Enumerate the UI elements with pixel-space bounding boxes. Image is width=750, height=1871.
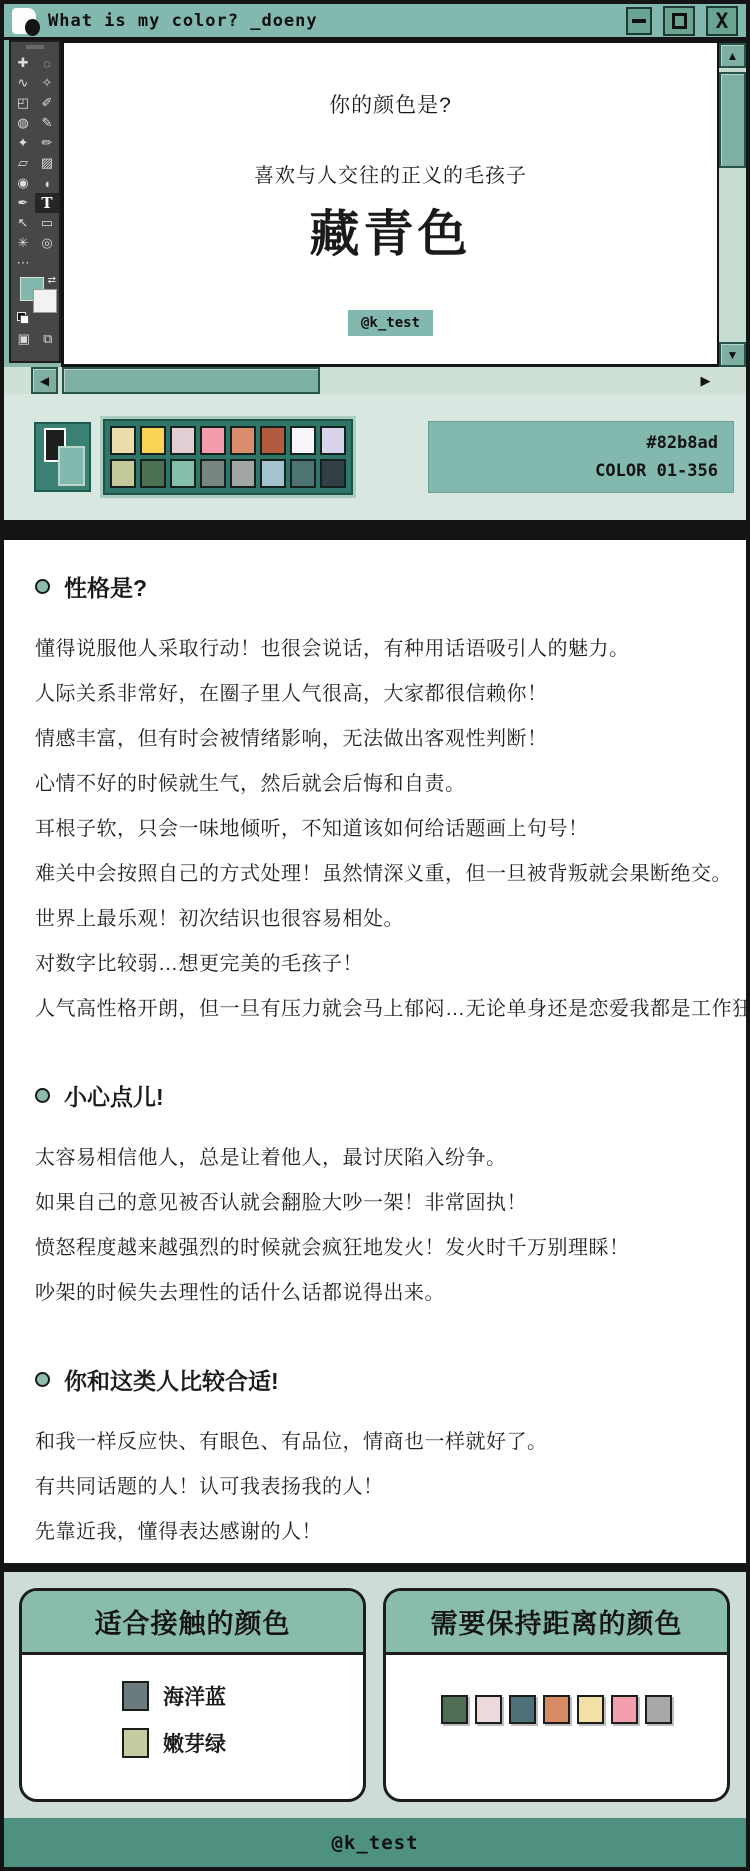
- horizontal-scroll-thumb[interactable]: [62, 367, 320, 394]
- palette-swatch-9[interactable]: [110, 459, 136, 488]
- horizontal-scroll-track[interactable]: [320, 367, 692, 394]
- selection-brush-tool-icon[interactable]: ✧: [35, 73, 59, 93]
- shape-tool-icon[interactable]: ▭: [35, 213, 59, 233]
- workspace: ✚◌∿✧◰✐◍✎✦✏▱▨◉◖✒T↖▭✳◎⋯ ⇄ ▣ ⧉ 你的颜色是? 喜欢与人交…: [4, 40, 746, 367]
- footer-handle: @k_test: [331, 1832, 418, 1854]
- palette-swatch-15[interactable]: [290, 459, 316, 488]
- section-bullet-icon: [35, 1088, 50, 1103]
- palette-swatch-10[interactable]: [140, 459, 166, 488]
- section-line: 情感丰富，但有时会被情绪影响，无法做出客观性判断！: [35, 717, 716, 762]
- brush-tool-icon[interactable]: ✎: [35, 113, 59, 133]
- section-title: 性格是?: [64, 570, 147, 603]
- app-logo-icon: [12, 8, 36, 34]
- smudge-tool-icon[interactable]: ◉: [11, 173, 35, 193]
- maximize-button[interactable]: [663, 6, 695, 36]
- pen-tool-icon[interactable]: ✒: [11, 193, 35, 213]
- canvas-question: 你的颜色是?: [329, 89, 452, 119]
- vertical-scroll-track[interactable]: [719, 168, 746, 342]
- avoid-color-swatch-5: [577, 1695, 604, 1724]
- section-2-header: 小心点儿!: [35, 1079, 716, 1112]
- color-code-label: COLOR 01-356: [595, 461, 718, 481]
- good-colors-list: 海洋蓝嫩芽绿: [22, 1655, 363, 1799]
- palette-swatch-5[interactable]: [230, 426, 256, 455]
- document-canvas: 你的颜色是? 喜欢与人交往的正义的毛孩子 藏青色 @k_test: [61, 40, 719, 367]
- avoid-color-swatch-6: [611, 1695, 638, 1724]
- good-colors-title: 适合接触的颜色: [22, 1591, 363, 1655]
- section-title: 小心点儿!: [64, 1079, 164, 1112]
- eraser-tool-icon[interactable]: ▱: [11, 153, 35, 173]
- section-line: 先靠近我，懂得表达感谢的人！: [35, 1510, 716, 1555]
- section-line: 人际关系非常好，在圈子里人气很高，大家都很信赖你！: [35, 672, 716, 717]
- section-line: 心情不好的时候就生气，然后就会后悔和自责。: [35, 762, 716, 807]
- vertical-scroll-thumb[interactable]: [719, 72, 746, 168]
- palette-swatch-8[interactable]: [320, 426, 346, 455]
- move-tool-icon[interactable]: ✚: [11, 53, 35, 73]
- palette-swatch-2[interactable]: [140, 426, 166, 455]
- type-tool-icon[interactable]: T: [35, 193, 59, 213]
- palette-swatch-13[interactable]: [230, 459, 256, 488]
- avoid-color-swatch-3: [509, 1695, 536, 1724]
- good-colors-card: 适合接触的颜色 海洋蓝嫩芽绿: [19, 1588, 366, 1802]
- section-line: 耳根子软，只会一味地倾听，不知道该如何给话题画上句号！: [35, 807, 716, 852]
- palette-swatch-7[interactable]: [290, 426, 316, 455]
- swatch-palette: [103, 419, 353, 495]
- gradient-tool-icon[interactable]: ▨: [35, 153, 59, 173]
- avoid-color-swatch-4: [543, 1695, 570, 1724]
- color-panel: #82b8ad COLOR 01-356: [4, 394, 746, 520]
- background-color-swatch[interactable]: [33, 289, 57, 313]
- section-line: 难关中会按照自己的方式处理！虽然情深义重，但一旦被背叛就会果断绝交。: [35, 852, 716, 897]
- section-2: 小心点儿!太容易相信他人，总是让着他人，最讨厌陷入纷争。如果自己的意见被否认就会…: [35, 1079, 716, 1316]
- section-line: 吵架的时候失去理性的话什么话都说得出来。: [35, 1271, 716, 1316]
- footer-bar: @k_test: [4, 1818, 746, 1867]
- scroll-left-button[interactable]: ◀: [31, 367, 58, 394]
- hand-tool-icon[interactable]: ✳: [11, 233, 35, 253]
- section-bullet-icon: [35, 1372, 50, 1387]
- palette-swatch-12[interactable]: [200, 459, 226, 488]
- section-line: 懂得说服他人采取行动！也很会说话，有种用话语吸引人的魅力。: [35, 627, 716, 672]
- zoom-tool-icon[interactable]: ◎: [35, 233, 59, 253]
- avoid-color-swatch-1: [441, 1695, 468, 1724]
- palette-swatch-1[interactable]: [110, 426, 136, 455]
- section-line: 如果自己的意见被否认就会翻脸大吵一架！非常固执！: [35, 1181, 716, 1226]
- description-panel: 性格是?懂得说服他人采取行动！也很会说话，有种用话语吸引人的魅力。人际关系非常好…: [4, 540, 746, 1563]
- good-color-label: 嫩芽绿: [163, 1728, 226, 1758]
- canvas-handle-badge: @k_test: [348, 310, 433, 336]
- toolbar-color-widget: ⇄: [11, 277, 59, 321]
- section-bullet-icon: [35, 579, 50, 594]
- section-3: 你和这类人比较合适!和我一样反应快、有眼色、有品位，情商也一样就好了。有共同话题…: [35, 1363, 716, 1555]
- window-title: What is my color? _doeny: [48, 11, 318, 31]
- good-color-item: 海洋蓝: [122, 1681, 363, 1711]
- path-select-tool-icon[interactable]: ↖: [11, 213, 35, 233]
- good-color-swatch: [122, 1681, 149, 1711]
- clone-stamp-tool-icon[interactable]: ✦: [11, 133, 35, 153]
- avoid-colors-title: 需要保持距离的颜色: [386, 1591, 727, 1655]
- close-button[interactable]: X: [706, 6, 738, 36]
- section-line: 和我一样反应快、有眼色、有品位，情商也一样就好了。: [35, 1420, 716, 1465]
- minimize-button[interactable]: [626, 7, 652, 35]
- section-title: 你和这类人比较合适!: [64, 1363, 279, 1396]
- default-colors-icon[interactable]: [17, 312, 26, 321]
- scrollbar-corner: [719, 367, 746, 394]
- patch-tool-icon[interactable]: ◍: [11, 113, 35, 133]
- minimize-icon: [632, 19, 646, 23]
- palette-swatch-11[interactable]: [170, 459, 196, 488]
- section-line: 有共同话题的人！认可我表扬我的人！: [35, 1465, 716, 1510]
- palette-swatch-14[interactable]: [260, 459, 286, 488]
- section-line: 人气高性格开朗，但一旦有压力就会马上郁闷…无论单身还是恋爱我都是工作狂！: [35, 987, 716, 1032]
- avoid-colors-list: [386, 1655, 727, 1799]
- section-line: 世界上最乐观！初次结识也很容易相处。: [35, 897, 716, 942]
- app-window: What is my color? _doeny X ✚◌∿✧◰✐◍✎✦✏▱▨◉…: [0, 0, 750, 1871]
- section-line: 对数字比较弱…想更完美的毛孩子！: [35, 942, 716, 987]
- crop-tool-icon[interactable]: ◰: [11, 93, 35, 113]
- palette-swatch-16[interactable]: [320, 459, 346, 488]
- scroll-up-button[interactable]: ▲: [719, 43, 746, 68]
- history-brush-tool-icon[interactable]: ✏: [35, 133, 59, 153]
- tool-palette: ✚◌∿✧◰✐◍✎✦✏▱▨◉◖✒T↖▭✳◎⋯ ⇄ ▣ ⧉: [9, 40, 61, 363]
- section-1-header: 性格是?: [35, 570, 716, 603]
- dodge-tool-icon[interactable]: ◖: [35, 173, 59, 193]
- canvas-color-name: 藏青色: [310, 194, 472, 266]
- color-info-box: #82b8ad COLOR 01-356: [428, 421, 734, 493]
- swap-colors-icon[interactable]: ⇄: [48, 275, 56, 286]
- vertical-scrollbar[interactable]: ▲ ▼: [719, 40, 746, 367]
- avoid-colors-card: 需要保持距离的颜色: [383, 1588, 730, 1802]
- palette-swatch-4[interactable]: [200, 426, 226, 455]
- maximize-icon: [672, 13, 687, 29]
- canvas-subtitle: 喜欢与人交往的正义的毛孩子: [254, 159, 527, 188]
- quick-mask-icon[interactable]: ▣: [18, 329, 30, 349]
- avoid-color-swatch-2: [475, 1695, 502, 1724]
- palette-swatch-3[interactable]: [170, 426, 196, 455]
- scroll-right-button[interactable]: ▶: [692, 367, 719, 394]
- toolbar-grip[interactable]: [26, 45, 44, 49]
- lasso-tool-icon[interactable]: ∿: [11, 73, 35, 93]
- more-tools-icon[interactable]: ⋯: [11, 253, 35, 273]
- horizontal-scrollbar[interactable]: ◀ ▶: [4, 367, 746, 394]
- good-color-label: 海洋蓝: [163, 1681, 226, 1711]
- section-1: 性格是?懂得说服他人采取行动！也很会说话，有种用话语吸引人的魅力。人际关系非常好…: [35, 570, 716, 1032]
- panel-color-widget: [34, 422, 91, 492]
- avoid-color-swatch-7: [645, 1695, 672, 1724]
- color-hex-value: #82b8ad: [646, 433, 718, 453]
- section-3-header: 你和这类人比较合适!: [35, 1363, 716, 1396]
- good-color-item: 嫩芽绿: [122, 1728, 363, 1758]
- title-bar: What is my color? _doeny X: [4, 4, 746, 40]
- scroll-down-button[interactable]: ▼: [719, 342, 746, 367]
- section-line: 愤怒程度越来越强烈的时候就会疯狂地发火！发火时千万别理睬！: [35, 1226, 716, 1271]
- good-color-swatch: [122, 1728, 149, 1758]
- divider: [4, 1563, 746, 1572]
- palette-swatch-6[interactable]: [260, 426, 286, 455]
- panel-background-swatch[interactable]: [58, 446, 85, 486]
- eyedropper-tool-icon[interactable]: ✐: [35, 93, 59, 113]
- compatibility-panel: 适合接触的颜色 海洋蓝嫩芽绿 需要保持距离的颜色: [4, 1572, 746, 1818]
- section-line: 太容易相信他人，总是让着他人，最讨厌陷入纷争。: [35, 1136, 716, 1181]
- screen-mode-icon[interactable]: ⧉: [43, 329, 52, 349]
- divider: [4, 520, 746, 540]
- marquee-tool-icon[interactable]: ◌: [35, 53, 59, 73]
